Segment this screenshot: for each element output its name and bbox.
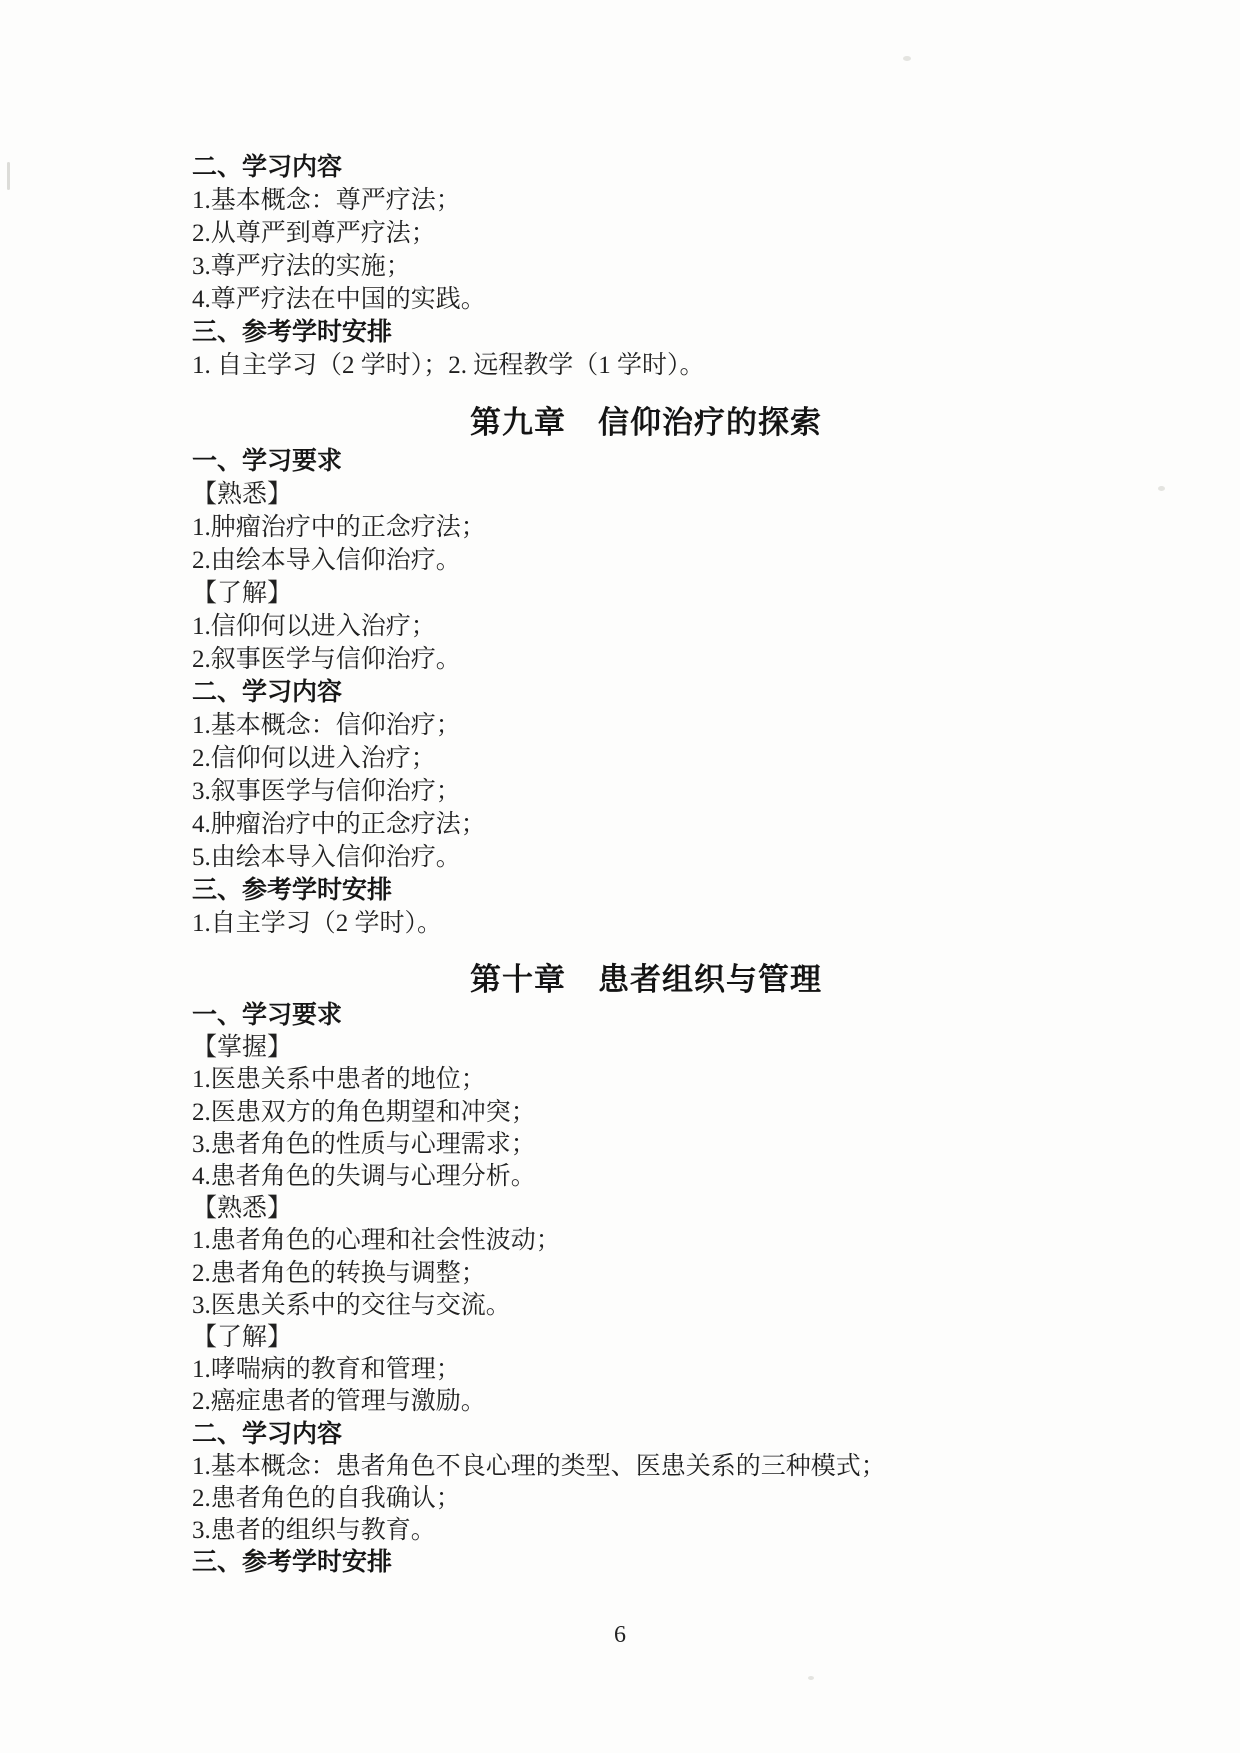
list-item: 4.尊严疗法在中国的实践。 (192, 283, 1100, 316)
scan-artifact (7, 162, 10, 190)
chapter9-body: 一、学习要求 【熟悉】 1.肿瘤治疗中的正念疗法； 2.由绘本导入信仰治疗。 【… (192, 445, 1100, 940)
chapter10-body: 一、学习要求 【掌握】 1.医患关系中患者的地位； 2.医患双方的角色期望和冲突… (192, 1000, 1100, 1580)
section-header: 二、学习内容 (192, 1419, 1100, 1451)
list-item: 5.由绘本导入信仰治疗。 (192, 841, 1100, 874)
list-item: 3.叙事医学与信仰治疗； (192, 775, 1100, 808)
section-header: 一、学习要求 (192, 1000, 1100, 1032)
section-header: 二、学习内容 (192, 676, 1100, 709)
list-item: 3.医患关系中的交往与交流。 (192, 1290, 1100, 1322)
list-item: 2.医患双方的角色期望和冲突； (192, 1097, 1100, 1129)
list-item: 2.癌症患者的管理与激励。 (192, 1386, 1100, 1418)
requirement-label: 【熟悉】 (192, 478, 1100, 511)
list-item: 3.患者的组织与教育。 (192, 1515, 1100, 1547)
list-item: 1.自主学习（2 学时）。 (192, 907, 1100, 940)
list-item: 1.基本概念：尊严疗法； (192, 184, 1100, 217)
list-item: 2.叙事医学与信仰治疗。 (192, 643, 1100, 676)
scan-artifact (808, 1676, 814, 1680)
chapter-title: 第九章 信仰治疗的探索 (192, 402, 1100, 444)
list-item: 3.患者角色的性质与心理需求； (192, 1129, 1100, 1161)
list-item: 1.基本概念：信仰治疗； (192, 709, 1100, 742)
list-item: 4.患者角色的失调与心理分析。 (192, 1161, 1100, 1193)
requirement-label: 【了解】 (192, 577, 1100, 610)
list-item: 3.尊严疗法的实施； (192, 250, 1100, 283)
list-item: 2.由绘本导入信仰治疗。 (192, 544, 1100, 577)
list-item: 2.患者角色的转换与调整； (192, 1258, 1100, 1290)
list-item: 2.患者角色的自我确认； (192, 1483, 1100, 1515)
list-item: 1.哮喘病的教育和管理； (192, 1354, 1100, 1386)
list-item: 1. 自主学习（2 学时）；2. 远程教学（1 学时）。 (192, 349, 1100, 382)
scan-artifact (1158, 486, 1165, 491)
scan-artifact (903, 56, 911, 61)
list-item: 1.患者角色的心理和社会性波动； (192, 1225, 1100, 1257)
section-header: 二、学习内容 (192, 151, 1100, 184)
list-item: 2.信仰何以进入治疗； (192, 742, 1100, 775)
requirement-label: 【熟悉】 (192, 1193, 1100, 1225)
chapter-title: 第十章 患者组织与管理 (192, 959, 1100, 1001)
list-item: 4.肿瘤治疗中的正念疗法； (192, 808, 1100, 841)
section-header: 三、参考学时安排 (192, 316, 1100, 349)
list-item: 2.从尊严到尊严疗法； (192, 217, 1100, 250)
section-header: 三、参考学时安排 (192, 874, 1100, 907)
list-item: 1.信仰何以进入治疗； (192, 610, 1100, 643)
list-item: 1.肿瘤治疗中的正念疗法； (192, 511, 1100, 544)
requirement-label: 【掌握】 (192, 1032, 1100, 1064)
section-header: 一、学习要求 (192, 445, 1100, 478)
page-number: 6 (0, 1620, 1240, 1650)
section-header: 三、参考学时安排 (192, 1547, 1100, 1579)
requirement-label: 【了解】 (192, 1322, 1100, 1354)
scanned-document-page: 二、学习内容 1.基本概念：尊严疗法； 2.从尊严到尊严疗法； 3.尊严疗法的实… (0, 0, 1240, 1753)
list-item: 1.医患关系中患者的地位； (192, 1064, 1100, 1096)
learning-content-block: 二、学习内容 1.基本概念：尊严疗法； 2.从尊严到尊严疗法； 3.尊严疗法的实… (192, 151, 1100, 382)
list-item: 1.基本概念：患者角色不良心理的类型、医患关系的三种模式； (192, 1451, 1100, 1483)
